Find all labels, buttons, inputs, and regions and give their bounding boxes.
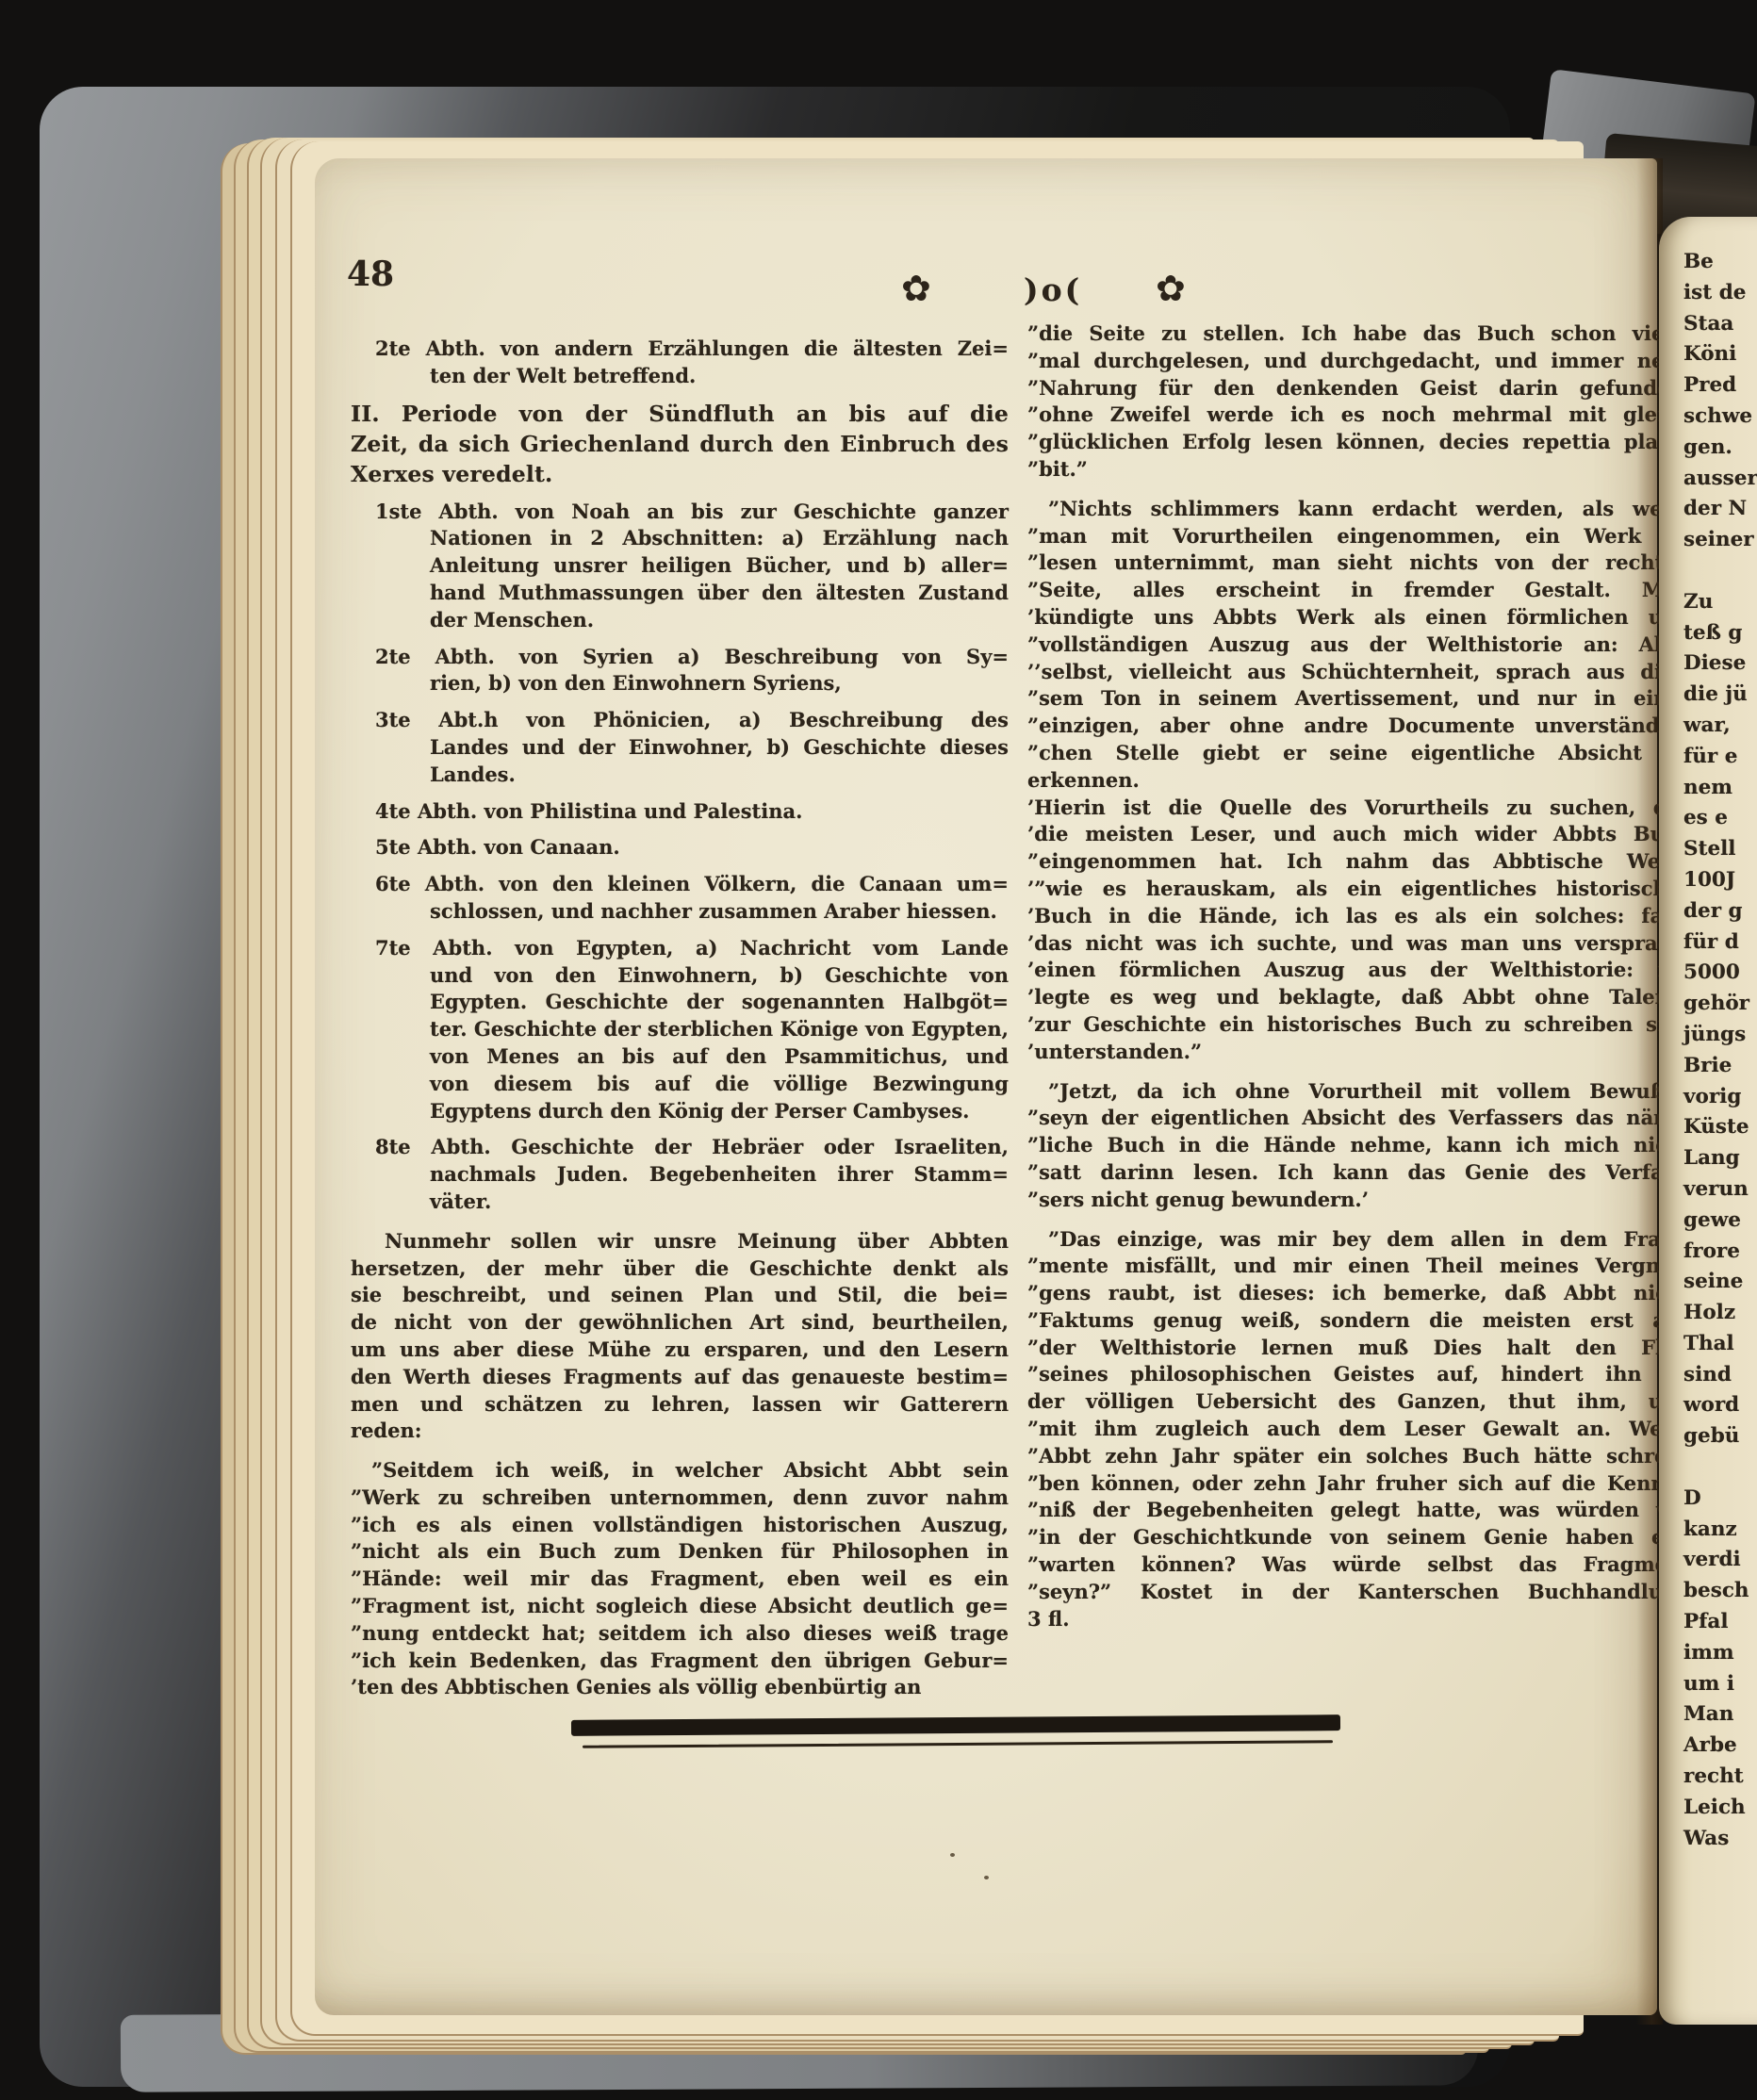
next-page-clipped-text: Beist deStaaKöniPredschwegen.ausserder N… [1683,247,1757,1854]
text-line: ”Abbt zehn Jahr später ein solches Buch … [1027,1443,1691,1470]
text-line: ”seyn?” Kostet in der Kanterschen Buchha… [1027,1579,1691,1606]
text-line: um i [1683,1669,1757,1700]
toc-item-3te-abth: 3te Abt.h von Phönicien, a) Beschreibung… [375,707,1009,788]
toc-item-1ste-abth: 1ste Abth. von Noah an bis zur Geschicht… [375,499,1009,634]
text-line: ”Fragment ist, nicht sogleich diese Absi… [351,1593,1009,1620]
text-line: teß g [1683,618,1757,649]
text-line: nachmals Juden. Begebenheiten ihrer Stam… [375,1161,1009,1189]
text-line: Holz [1683,1298,1757,1329]
text-line: ”ben können, oder zehn Jahr fruher sich … [1027,1470,1691,1498]
text-line: ”chen Stelle giebt er seine eigentliche … [1027,740,1691,795]
text-line: 5000 [1683,958,1757,989]
text-line: ist de [1683,278,1757,309]
text-line: frore [1683,1237,1757,1268]
text-line: imm [1683,1638,1757,1669]
text-line: Stell [1683,834,1757,865]
text-line: Leich [1683,1793,1757,1824]
text-line: verdi [1683,1545,1757,1576]
text-line: Lang [1683,1143,1757,1174]
text-line: Xerxes veredelt. [351,459,1009,489]
text-line: ”Seite, alles erscheint in fremder Gesta… [1027,577,1691,604]
text-line: ’’selbst, vielleicht aus Schüchternheit,… [1027,659,1691,686]
text-line: für d [1683,927,1757,959]
text-line: war, [1683,711,1757,742]
text-line: ”seines philosophischen Geistes auf, hin… [1027,1361,1691,1388]
text-line: ter. Geschichte der sterblichen Könige v… [375,1016,1009,1043]
text-line: nem [1683,773,1757,804]
text-line: ’Buch in die Hände, ich las es als ein s… [1027,903,1691,930]
text-line: II. Periode von der Sündfluth an bis auf… [351,399,1009,429]
header-center-mark: )o( [1024,271,1082,308]
text-line: ”warten können? Was würde selbst das Fra… [1027,1551,1691,1579]
text-line: vorig [1683,1082,1757,1113]
gatterer-quote-paragraph-5: ”Das einzige, was mir bey dem allen in d… [1027,1226,1691,1633]
text-line: Zu [1683,587,1757,618]
text-line: de nicht von der gewöhnlichen Art sind, … [351,1309,1009,1337]
text-line: der völligen Uebersicht des Ganzen, thut… [1027,1388,1691,1416]
text-line: ”mit ihm zugleich auch dem Leser Gewalt … [1027,1416,1691,1443]
text-line: ”vollständigen Auszug aus der Welthistor… [1027,632,1691,659]
text-line: Pred [1683,370,1757,402]
toc-item-8te-abth: 8te Abth. Geschichte der Hebräer oder Is… [375,1134,1009,1215]
text-line: gewe [1683,1206,1757,1237]
toc-item-7te-abth: 7te Abth. von Egypten, a) Nachricht vom … [375,935,1009,1125]
text-line: ”mal durchgelesen, und durchgedacht, und… [1027,348,1691,375]
book-scan-photo: 48 ✿ )o( ✿ 2te Abth. von andern Erzählun… [0,0,1757,2100]
text-line: ”Jetzt, da ich ohne Vorurtheil mit volle… [1027,1078,1691,1106]
text-line: ”mente misfällt, und mir einen Theil mei… [1027,1253,1691,1280]
text-line: ’das nicht was ich suchte, und was man u… [1027,930,1691,958]
text-line: Was [1683,1824,1757,1855]
ink-speck [984,1876,989,1879]
text-line: ”gens raubt, ist dieses: ich bemerke, da… [1027,1280,1691,1307]
text-line: ’zur Geschichte ein historisches Buch zu… [1027,1011,1691,1039]
text-line: gehör [1683,989,1757,1020]
text-line: der g [1683,896,1757,927]
text-line: ”seyn der eigentlichen Absicht des Verfa… [1027,1105,1691,1132]
page-number: 48 [347,254,394,294]
text-line: Küste [1683,1112,1757,1143]
text-line: ”eingenommen hat. Ich nahm das Abbtische… [1027,848,1691,876]
text-line: ”Das einzige, was mir bey dem allen in d… [1027,1226,1691,1254]
text-line: ”Hände: weil mir das Fragment, eben weil… [351,1566,1009,1593]
text-line: Nationen in 2 Abschnitten: a) Erzählung … [375,525,1009,552]
text-line: die jü [1683,680,1757,711]
text-line: ”ohne Zweifel werde ich es noch mehrmal … [1027,402,1691,429]
text-line: D [1683,1484,1757,1515]
text-line: Anleitung unsrer heiligen Bücher, und b)… [375,552,1009,580]
toc-item-4te-abth: 4te Abth. von Philistina und Palestina. [375,798,1009,826]
text-line: den Werth dieses Fragments auf das genau… [351,1364,1009,1391]
text-line: seine [1683,1267,1757,1298]
text-line: recht [1683,1762,1757,1793]
text-line: gebü [1683,1421,1757,1452]
text-line: Nunmehr sollen wir unsre Meinung über Ab… [351,1228,1009,1255]
toc-item-2te-abth: 2te Abth. von Syrien a) Beschreibung von… [375,644,1009,698]
text-line: ”lesen unternimmt, man sieht nichts von … [1027,550,1691,577]
text-line: ”Faktums genug weiß, sondern die meisten… [1027,1307,1691,1335]
text-line: Brie [1683,1051,1757,1082]
toc-item-6te-abth: 6te Abth. von den kleinen Völkern, die C… [375,871,1009,926]
text-line: 4te Abth. von Philistina und Palestina. [375,798,1009,826]
text-line: 3 fl. [1027,1606,1691,1633]
text-line: Staa [1683,309,1757,340]
text-line: ”liche Buch in die Hände nehme, kann ich… [1027,1132,1691,1159]
text-line: ”sem Ton in seinem Avertissement, und nu… [1027,685,1691,713]
text-line: men und schätzen zu lehren, lassen wir G… [351,1391,1009,1419]
toc-item-5te-abth: 5te Abth. von Canaan. [375,834,1009,861]
text-line: sie beschreibt, und seinen Plan und Stil… [351,1282,1009,1309]
text-line: gen. [1683,433,1757,464]
text-line: ”glücklichen Erfolg lesen können, decies… [1027,429,1691,456]
text-line: ”Werk zu schreiben unternommen, denn zuv… [351,1485,1009,1512]
text-line: hersetzen, der mehr über die Geschichte … [351,1255,1009,1283]
text-line: ”man mit Vorurtheilen eingenommen, ein W… [1027,523,1691,550]
text-line: ”sers nicht genug bewundern.’ [1027,1187,1691,1214]
text-line: 5te Abth. von Canaan. [375,834,1009,861]
text-line: Egyptens durch den König der Perser Camb… [375,1098,1009,1125]
text-line: Zeit, da sich Griechenland durch den Ein… [351,429,1009,459]
text-line: kanz [1683,1515,1757,1546]
text-line [1683,1452,1757,1484]
text-line: von Menes an bis auf den Psammitichus, u… [375,1043,1009,1071]
next-page-edge: Beist deStaaKöniPredschwegen.ausserder N… [1659,217,1757,2025]
text-line: ”einzigen, aber ohne andre Documente unv… [1027,713,1691,740]
text-line: verun [1683,1174,1757,1206]
text-line: schlossen, und nachher zusammen Araber h… [375,898,1009,926]
gatterer-quote-paragraph-3: ”Nichts schlimmers kann erdacht werden, … [1027,496,1691,1066]
text-line: ten der Welt betreffend. [375,363,1009,390]
text-line: ’ten des Abbtischen Genies als völlig eb… [351,1674,1009,1701]
text-line: reden: [351,1418,1009,1445]
section-heading-periode-2: II. Periode von der Sündfluth an bis auf… [351,399,1009,489]
text-line: sind [1683,1360,1757,1391]
text-line: 7te Abth. von Egypten, a) Nachricht vom … [375,935,1009,962]
text-line: Man [1683,1699,1757,1731]
gatterer-quote-paragraph-4: ”Jetzt, da ich ohne Vorurtheil mit volle… [1027,1078,1691,1214]
text-line: ”ich es als einen vollständigen historis… [351,1512,1009,1539]
text-line: 2te Abth. von andern Erzählungen die ält… [375,336,1009,363]
text-line: 100J [1683,865,1757,896]
text-line: ausser [1683,464,1757,495]
text-line: ’”wie es herauskam, als ein eigentliches… [1027,876,1691,903]
text-line: von diesem bis auf die völlige Bezwingun… [375,1071,1009,1098]
gatterer-quote-paragraph-1: ”Seitdem ich weiß, in welcher Absicht Ab… [351,1457,1009,1701]
text-line: ’einen förmlichen Auszug aus der Welthis… [1027,957,1691,984]
text-line: ”nicht als ein Buch zum Denken für Philo… [351,1538,1009,1566]
text-line [1683,556,1757,587]
text-line: der N [1683,494,1757,525]
text-line: Arbe [1683,1731,1757,1762]
right-text-column: ”die Seite zu stellen. Ich habe das Buch… [1027,320,1691,1632]
text-line: Pfal [1683,1607,1757,1638]
text-line: ”Seitdem ich weiß, in welcher Absicht Ab… [351,1457,1009,1485]
text-line: word [1683,1390,1757,1421]
text-line: jüngs [1683,1020,1757,1051]
text-line: seiner [1683,525,1757,556]
shell-ornament-icon: ✿ [1156,268,1186,309]
text-line: Be [1683,247,1757,278]
shell-ornament-icon: ✿ [901,268,931,309]
text-line: ’kündigte uns Abbts Werk als einen förml… [1027,604,1691,632]
text-line: um uns aber diese Mühe zu ersparen, und … [351,1337,1009,1364]
text-line: Köni [1683,339,1757,370]
text-line: ”in der Geschichtkunde von seinem Genie … [1027,1524,1691,1551]
text-line: 1ste Abth. von Noah an bis zur Geschicht… [375,499,1009,526]
text-line: ’legte es weg und beklagte, daß Abbt ohn… [1027,984,1691,1011]
text-line: 6te Abth. von den kleinen Völkern, die C… [375,871,1009,898]
text-line: für e [1683,742,1757,773]
text-line: ”der Welthistorie lernen muß Dies halt d… [1027,1335,1691,1362]
text-line: ”bit.” [1027,456,1691,484]
text-line: ’Hierin ist die Quelle des Vorurtheils z… [1027,795,1691,822]
text-line: ”Nahrung für den denkenden Geist darin g… [1027,375,1691,402]
text-line: besch [1683,1576,1757,1607]
left-text-column: 2te Abth. von andern Erzählungen die ält… [351,326,1009,1701]
text-line: rien, b) von den Einwohnern Syriens, [375,670,1009,697]
ink-speck [950,1853,955,1857]
editorial-paragraph: Nunmehr sollen wir unsre Meinung über Ab… [351,1228,1009,1445]
text-line: hand Muthmassungen über den ältesten Zus… [375,580,1009,607]
text-line: Landes. [375,762,1009,789]
text-line: ”satt darinn lesen. Ich kann das Genie d… [1027,1159,1691,1187]
text-line: ”Nichts schlimmers kann erdacht werden, … [1027,496,1691,523]
text-line: Egypten. Geschichte der sogenannten Halb… [375,989,1009,1016]
text-line: ’unterstanden.” [1027,1039,1691,1066]
text-line: ”die Seite zu stellen. Ich habe das Buch… [1027,320,1691,348]
text-line: 8te Abth. Geschichte der Hebräer oder Is… [375,1134,1009,1161]
text-line: ”ich kein Bedenken, das Fragment den übr… [351,1648,1009,1675]
text-line: Thal [1683,1329,1757,1360]
text-line: ’die meisten Leser, und auch mich wider … [1027,821,1691,848]
text-line: väter. [375,1189,1009,1216]
toc-item-2te-top: 2te Abth. von andern Erzählungen die ält… [375,336,1009,390]
text-line: 3te Abt.h von Phönicien, a) Beschreibung… [375,707,1009,734]
text-line: schwe [1683,402,1757,433]
text-line: und von den Einwohnern, b) Geschichte vo… [375,962,1009,990]
text-line: 2te Abth. von Syrien a) Beschreibung von… [375,644,1009,671]
text-line: der Menschen. [375,607,1009,634]
text-line: ”nung entdeckt hat; seitdem ich also die… [351,1620,1009,1648]
gatterer-quote-paragraph-2: ”die Seite zu stellen. Ich habe das Buch… [1027,320,1691,484]
text-line: Landes und der Einwohner, b) Geschichte … [375,734,1009,762]
text-line: es e [1683,803,1757,834]
text-line: ”niß der Begebenheiten gelegt hatte, was… [1027,1497,1691,1524]
text-line: Diese [1683,648,1757,680]
